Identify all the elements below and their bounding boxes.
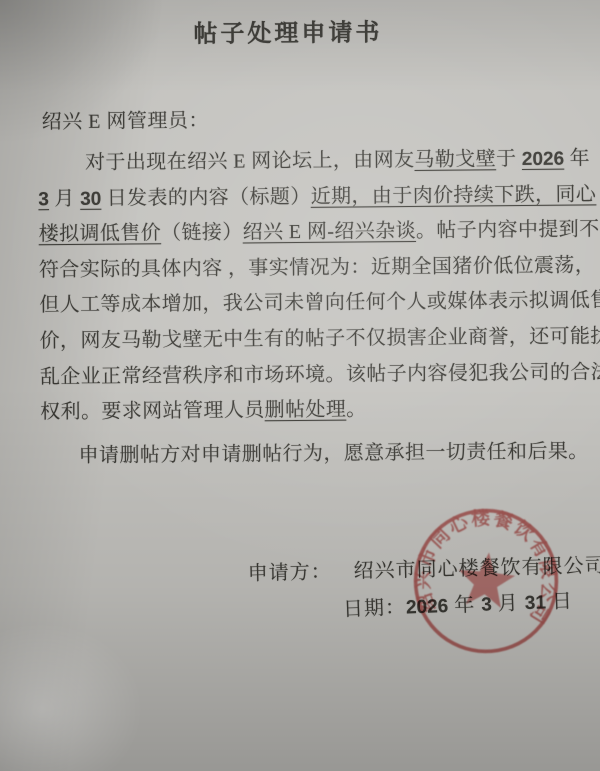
photographed-application-document: 帖子处理申请书 绍兴 E 网管理员： 对于出现在绍兴 E 网论坛上，由网友马勒戈… xyxy=(0,0,600,771)
filled-blank-day: 30 xyxy=(80,188,101,209)
body-text: 于 xyxy=(496,148,522,170)
applicant-label: 申请方： xyxy=(247,561,331,585)
star-icon xyxy=(455,549,517,609)
body-line-5: 但人工等成本增加，我公司未曾向任何个人或媒体表示拟调低售 xyxy=(39,284,575,324)
filled-blank-requested-action: 删帖处理 xyxy=(265,399,347,422)
body-line-3: 楼拟调低售价（链接）绍兴 E 网-绍兴杂谈。帖子内容中提到不 xyxy=(39,213,575,253)
body-line-7: 乱企业正常经营秩序和市场环境。该帖子内容侵犯我公司的合法 xyxy=(40,355,576,395)
company-seal: 绍兴市同心楼餐饮有限公司 xyxy=(398,493,574,669)
filled-blank-post-link: 绍兴 E 网-绍兴杂谈 xyxy=(243,220,416,244)
body-line-6: 价，网友马勒戈壁无中生有的帖子不仅损害企业商誉，还可能扰 xyxy=(39,320,575,360)
paragraph-2-disclaimer: 申请删帖方对申请删帖行为，愿意承担一切责任和后果。 xyxy=(40,435,576,475)
filled-blank-poster-name: 马勒戈壁 xyxy=(414,148,496,171)
body-line-1: 对于出现在绍兴 E 网论坛上，由网友马勒戈壁于 2026 年 xyxy=(38,142,574,182)
body-text: 日发表的内容（标题） xyxy=(101,185,311,209)
paragraph-1: 对于出现在绍兴 E 网论坛上，由网友马勒戈壁于 2026 年 3 月 30 日发… xyxy=(38,142,576,431)
filled-blank-post-title-part1: 近期，由于肉价持续下跌，同心 xyxy=(311,183,597,207)
filled-blank-post-title-part2: 楼拟调低售价 xyxy=(39,222,162,245)
body-text: 年 xyxy=(564,147,590,169)
body-text: 月 xyxy=(49,188,80,210)
filled-blank-year: 2026 xyxy=(522,149,564,170)
body-text: 。 xyxy=(346,399,367,421)
body-text: 对于出现在绍兴 E 网论坛上，由网友 xyxy=(85,149,415,174)
company-seal-graphic: 绍兴市同心楼餐饮有限公司 xyxy=(398,493,574,669)
body-line-2: 3 月 30 日发表的内容（标题）近期，由于肉价持续下跌，同心 xyxy=(38,177,574,217)
body-line-8: 权利。要求网站管理人员删帖处理。 xyxy=(40,391,576,431)
body-text: （链接） xyxy=(161,222,243,245)
body-text: 权利。要求网站管理人员 xyxy=(40,399,265,423)
document-title: 帖子处理申请书 xyxy=(0,11,579,51)
date-label: 日期： xyxy=(343,597,407,621)
filled-blank-month: 3 xyxy=(38,189,49,210)
salutation-line: 绍兴 E 网管理员： xyxy=(42,104,209,134)
body-line-4: 符合实际的具体内容 ，事实情况为：近期全国猪价低位震荡， xyxy=(39,248,575,288)
body-text: 。帖子内容中提到不 xyxy=(416,219,600,243)
